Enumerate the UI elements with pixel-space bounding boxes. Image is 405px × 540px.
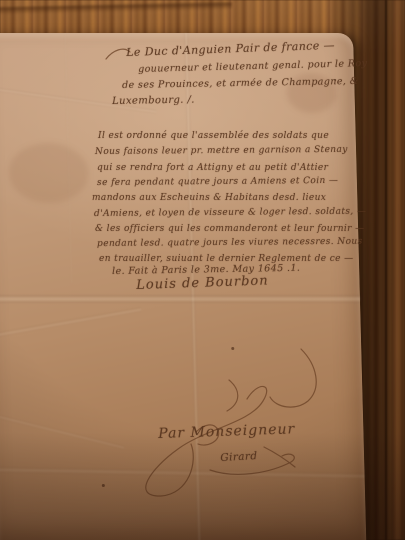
header-line: gouuerneur et lieutenant genal. pour le … <box>138 58 367 75</box>
secretary-signature: Girard <box>220 450 258 464</box>
closing-phrase: Par Monseigneur <box>158 421 295 442</box>
body-line: Il est ordonné que l'assemblée des solda… <box>98 131 329 141</box>
body-line: Nous faisons leuer pr. mettre en garniso… <box>95 145 348 157</box>
body-line: pendant lesd. quatre jours les viures ne… <box>97 237 363 249</box>
body-line: en trauailler, suiuant le dernier Reglem… <box>99 254 354 264</box>
manuscript-text-layer: Le Duc d'Anguien Pair de france — gouuer… <box>0 0 405 540</box>
body-line: qui se rendra fort a Attigny et au petit… <box>97 163 328 173</box>
header-line: de ses Prouinces, et armée de Champagne,… <box>122 76 359 91</box>
body-line: d'Amiens, et loyen de visseure & loger l… <box>94 207 366 219</box>
ducal-signature: Louis de Bourbon <box>136 273 269 293</box>
body-line: se fera pendant quatre jours a Amiens et… <box>97 176 338 188</box>
header-line: Luxembourg. /. <box>112 95 195 107</box>
body-line: & les officiers qui les commanderont et … <box>95 224 365 234</box>
header-line: Le Duc d'Anguien Pair de france — <box>126 39 335 59</box>
body-line: mandons aux Escheuins & Habitans desd. l… <box>92 193 326 203</box>
photo-of-manuscript: Le Duc d'Anguien Pair de france — gouuer… <box>0 0 405 540</box>
